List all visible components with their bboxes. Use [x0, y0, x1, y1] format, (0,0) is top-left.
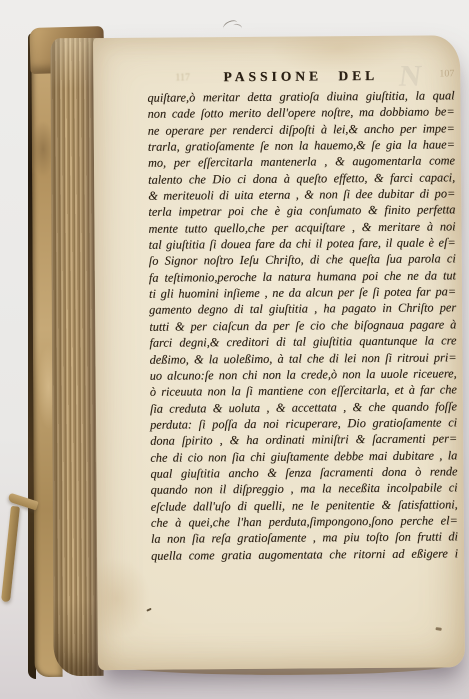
text-line: mo, per eſſercitarla mantenerla , & augo… [148, 153, 455, 172]
text-line: ò riceuuta non la ſi mantiene con eſſerc… [150, 382, 457, 401]
text-line: quella come gratia augomentata che ritor… [151, 545, 458, 564]
dust-hair [232, 23, 242, 31]
text-line: farci degni,& creditori di tal giuſtitia… [149, 332, 456, 351]
text-line: la non ſia reſa gratioſamente , ma piu t… [151, 529, 458, 548]
ink-speck [436, 627, 442, 630]
text-line: terla impetrar poi che è gia conſumato &… [148, 202, 455, 221]
page-stain [97, 553, 162, 643]
running-title: PASSIONE DEL [147, 67, 454, 85]
text-line: dona ſpirito , & ha ordinati miniſtri & … [150, 431, 457, 450]
text-line: non cade ſotto merito dell'opere noſtre,… [148, 104, 455, 123]
book-page: N 107 117 PASSIONE DEL quiſtare,ò merita… [93, 35, 465, 670]
text-line: quando non il diſpreggio , ma la neceßit… [151, 480, 458, 499]
text-block: quiſtare,ò meritar detta gratioſa diuina… [147, 87, 458, 563]
photo-background: N 107 117 PASSIONE DEL quiſtare,ò merita… [0, 0, 469, 699]
leather-tie [1, 506, 20, 602]
